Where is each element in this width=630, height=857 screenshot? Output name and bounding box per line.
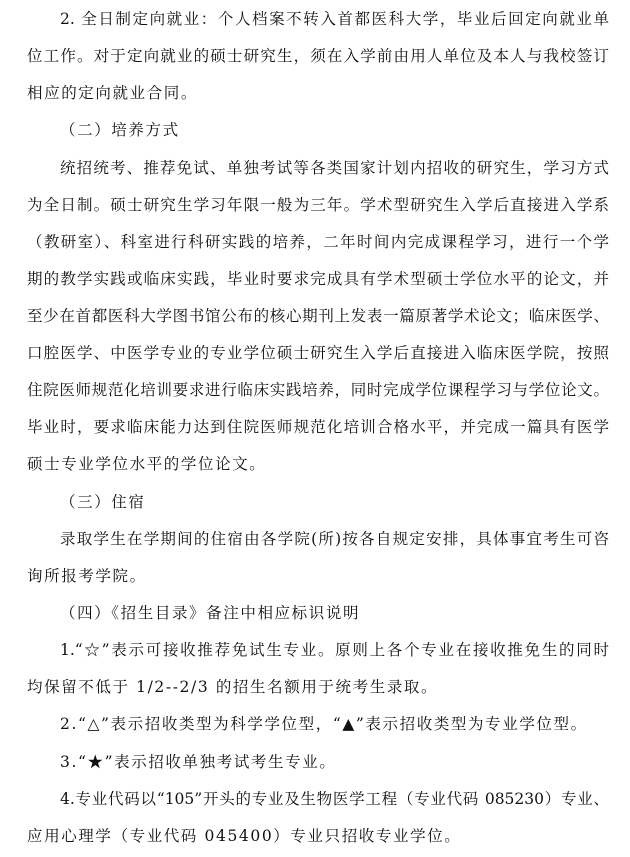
para-line: 毕业时，要求临床能力达到住院医师规范化培训合格水平，并完成一篇具有医学 [27,415,609,439]
para-line: 硕士专业学位水平的学位论文。 [27,452,609,476]
para-line: 均保留不低于 1/2--2/3 的招生名额用于统考生录取。 [27,675,609,699]
para-line: 至少在首都医科大学图书馆公布的核心期刊上发表一篇原著学术论文；临床医学、 [27,304,609,328]
para-line: 口腔医学、中医学专业的专业学位硕士研究生入学后直接进入临床医学院，按照 [27,341,609,365]
para-line: 期的教学实践或临床实践，毕业时要求完成具有学术型硕士学位水平的论文，并 [27,267,609,291]
para-line: 为全日制。硕士研究生学习年限一般为三年。学术型研究生入学后直接进入学系 [27,193,609,217]
section-heading-catalog-marks: （四）《招生目录》备注中相应标识说明 [60,601,360,625]
para-line: 1.“☆”表示可接收推荐免试生专业。原则上各个专业在接收推免生的同时 [60,638,609,662]
para-line: 应用心理学（专业代码 045400）专业只招收专业学位。 [27,824,609,848]
para-line: 4.专业代码以“105”开头的专业及生物医学工程（专业代码 085230）专业、 [60,787,609,811]
section-heading-accommodation: （三）住宿 [60,490,146,514]
para-line: （教研室）、科室进行科研实践的培养，二年时间内完成课程学习，进行一个学 [27,230,609,254]
para-line: 位工作。对于定向就业的硕士研究生，须在入学前由用人单位及本人与我校签订 [27,44,609,68]
para-line: 住院医师规范化培训要求进行临床实践培养，同时完成学位课程学习与学位论文。 [27,378,609,402]
para-line: 录取学生在学期间的住宿由各学院(所)按各自规定安排，具体事宜考生可咨 [60,527,609,551]
para-line: 3.“★”表示招收单独考试考生专业。 [60,750,609,774]
section-heading-training: （二）培养方式 [60,118,180,142]
para-line: 相应的定向就业合同。 [27,81,609,105]
para-line: 2. 全日制定向就业：个人档案不转入首都医科大学，毕业后回定向就业单 [60,7,609,31]
document-page: 2. 全日制定向就业：个人档案不转入首都医科大学，毕业后回定向就业单 位工作。对… [0,0,630,857]
para-line: 2.“△”表示招收类型为科学学位型，“▲”表示招收类型为专业学位型。 [60,712,609,736]
para-line: 统招统考、推荐免试、单独考试等各类国家计划内招收的研究生，学习方式 [60,156,609,180]
para-line: 询所报考学院。 [27,564,609,588]
